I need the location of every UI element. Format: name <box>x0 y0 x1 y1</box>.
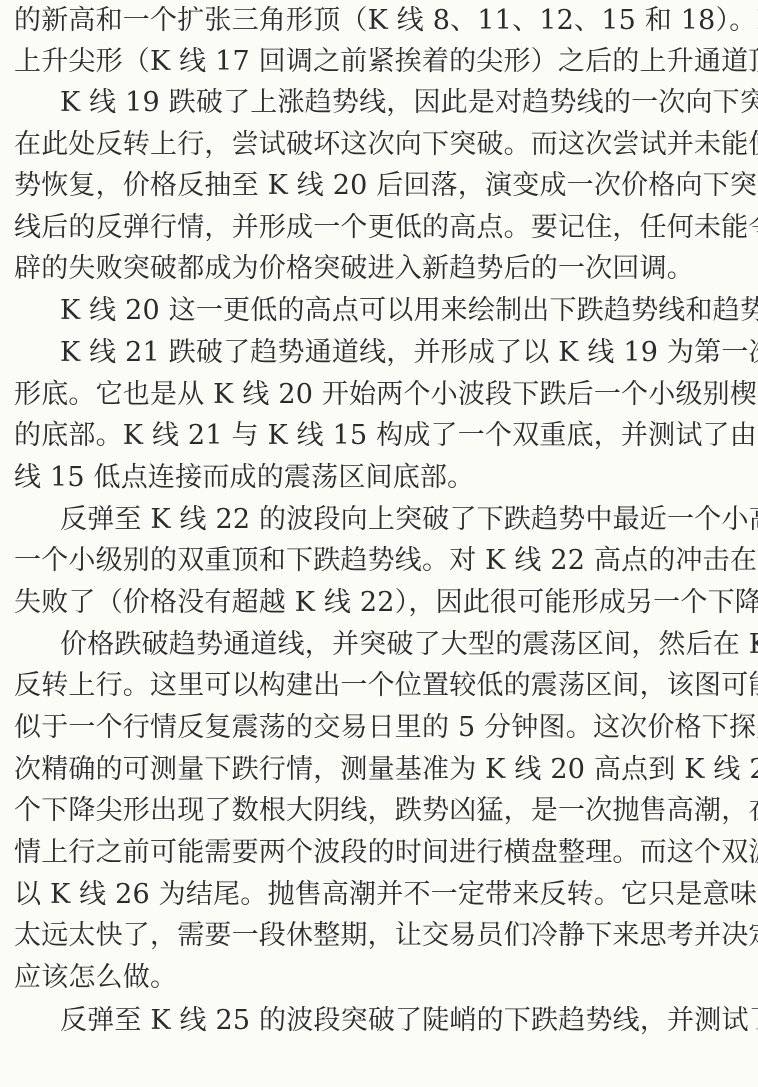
text-line: 反弹至 K 线 25 的波段突破了陡峭的下跌趋势线，并测试了上文提到 <box>60 1000 748 1042</box>
text-line: 个下降尖形出现了数根大阴线，跌势凶猛，是一次抛售高潮，在此后行 <box>14 790 748 832</box>
text-line: 价格跌破趋势通道线，并突破了大型的震荡区间，然后在 K 线 24 处 <box>60 624 748 666</box>
text-line: 的新高和一个扩张三角形顶（K 线 8、11、12、15 和 18）。K 线 18… <box>14 0 748 42</box>
text-line: 在此处反转上行，尝试破坏这次向下突破。而这次尝试并未能使上涨趋 <box>14 124 748 166</box>
text-line: 辟的失败突破都成为价格突破进入新趋势后的一次回调。 <box>14 248 748 290</box>
text-line: 反转上行。这里可以构建出一个位置较低的震荡区间，该图可能变得类 <box>14 665 748 707</box>
book-page: 的新高和一个扩张三角形顶（K 线 8、11、12、15 和 18）。K 线 18… <box>0 0 758 1087</box>
text-line: 势恢复，价格反抽至 K 线 20 后回落，演变成一次价格向下突破上涨趋势 <box>14 165 748 207</box>
text-line: 线后的反弹行情，并形成一个更低的高点。要记住，任何未能令趋势复 <box>14 207 748 249</box>
text-line: 的底部。K 线 21 与 K 线 15 构成了一个双重底，并测试了由 K 线 2… <box>14 415 748 457</box>
text-line: K 线 21 跌破了趋势通道线，并形成了以 K 线 19 为第一次下推的楔 <box>60 332 748 374</box>
text-line: 太远太快了，需要一段休整期，让交易员们冷静下来思考并决定下一步 <box>14 915 748 957</box>
text-line: 次精确的可测量下跌行情，测量基准为 K 线 20 高点到 K 线 21 低点。这 <box>14 749 748 791</box>
text-line: 情上行之前可能需要两个波段的时间进行横盘整理。而这个双波段调整 <box>14 832 748 874</box>
text-line: 一个小级别的双重顶和下跌趋势线。对 K 线 22 高点的冲击在 K 线 23 处 <box>14 540 748 582</box>
text-line: 反弹至 K 线 22 的波段向上突破了下跌趋势中最近一个小高点，以及 <box>60 499 748 541</box>
text-line: 以 K 线 26 为结尾。抛售高潮并不一定带来反转。它只是意味着市场走得 <box>14 874 748 916</box>
text-line: K 线 20 这一更低的高点可以用来绘制出下跌趋势线和趋势通道线。 <box>60 290 748 332</box>
text-line: 形底。它也是从 K 线 20 开始两个小波段下跌后一个小级别楔形下降通道 <box>14 374 748 416</box>
text-line: 线 15 低点连接而成的震荡区间底部。 <box>14 457 748 499</box>
text-line: K 线 19 跌破了上涨趋势线，因此是对趋势线的一次向下突破。价格 <box>60 82 748 124</box>
text-line: 似于一个行情反复震荡的交易日里的 5 分钟图。这次价格下探几乎是一 <box>14 707 748 749</box>
text-line: 上升尖形（K 线 17 回调之前紧挨着的尖形）之后的上升通道顶部。 <box>14 41 748 83</box>
text-line: 应该怎么做。 <box>14 957 748 999</box>
text-line: 失败了（价格没有超越 K 线 22），因此很可能形成另一个下降小波段。 <box>14 582 748 624</box>
